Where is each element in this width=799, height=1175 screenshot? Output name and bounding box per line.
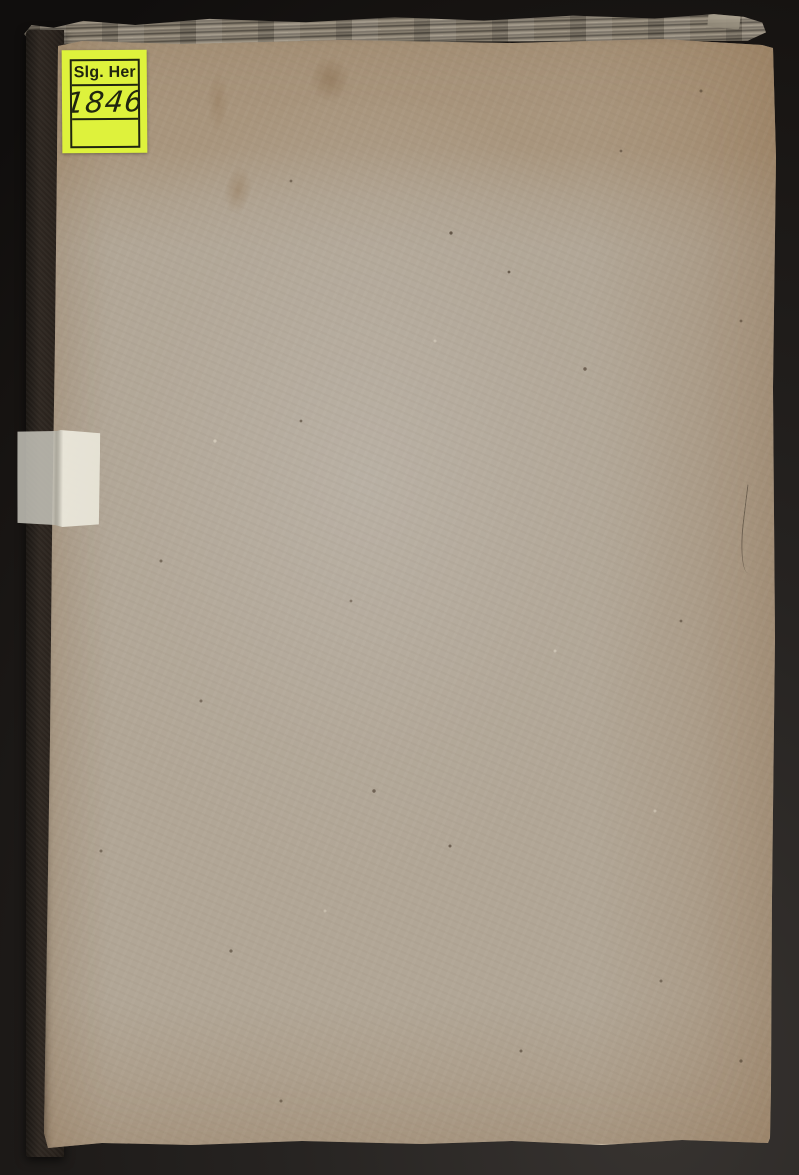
label-shelfmark-number: 1846 <box>72 86 138 120</box>
tape-strip <box>17 430 101 528</box>
cover-bottom-torn-edge <box>380 1143 765 1147</box>
book-front-cover <box>42 38 776 1150</box>
page-corner-flap <box>707 11 740 29</box>
label-row-collection: Slg. Her <box>72 61 138 86</box>
cover-stain <box>304 50 356 108</box>
cover-stain <box>204 60 232 144</box>
label-row-shelfmark: 1846 <box>72 86 138 120</box>
paper-fiber <box>737 485 761 574</box>
label-row-empty <box>72 120 138 146</box>
cover-stain <box>215 156 261 225</box>
scan-background: Slg. Her 1846 <box>0 0 799 1175</box>
library-shelfmark-label: Slg. Her 1846 <box>62 50 148 154</box>
label-table: Slg. Her 1846 <box>70 59 141 148</box>
label-collection-text: Slg. Her <box>74 63 136 81</box>
